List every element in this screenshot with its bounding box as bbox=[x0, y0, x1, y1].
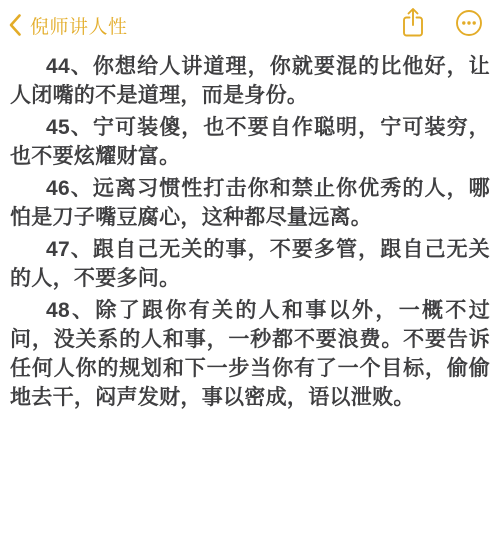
more-button[interactable] bbox=[452, 8, 486, 42]
back-chevron-icon bbox=[8, 13, 22, 37]
back-button[interactable]: 倪师讲人性 bbox=[8, 12, 128, 39]
share-icon bbox=[401, 7, 425, 43]
note-back-title: 倪师讲人性 bbox=[30, 12, 128, 39]
note-paragraph-45: 45、宁可装傻，也不要自作聪明，宁可装穷，也不要炫耀财富。 bbox=[10, 113, 490, 171]
note-paragraph-44: 44、你想给人讲道理，你就要混的比他好，让人闭嘴的不是道理，而是身份。 bbox=[10, 52, 490, 110]
share-button[interactable] bbox=[396, 8, 430, 42]
more-icon bbox=[455, 9, 483, 42]
note-body[interactable]: 44、你想给人讲道理，你就要混的比他好，让人闭嘴的不是道理，而是身份。 45、宁… bbox=[0, 46, 500, 412]
notes-app-screen: 倪师讲人性 44、你想给人讲道 bbox=[0, 0, 500, 554]
note-paragraph-46: 46、远离习惯性打击你和禁止你优秀的人，哪怕是刀子嘴豆腐心，这种都尽量远离。 bbox=[10, 174, 490, 232]
navigation-bar: 倪师讲人性 bbox=[0, 0, 500, 46]
note-paragraph-48: 48、除了跟你有关的人和事以外，一概不过问，没关系的人和事，一秒都不要浪费。不要… bbox=[10, 296, 490, 412]
note-paragraph-47: 47、跟自己无关的事，不要多管，跟自己无关的人，不要多问。 bbox=[10, 235, 490, 293]
